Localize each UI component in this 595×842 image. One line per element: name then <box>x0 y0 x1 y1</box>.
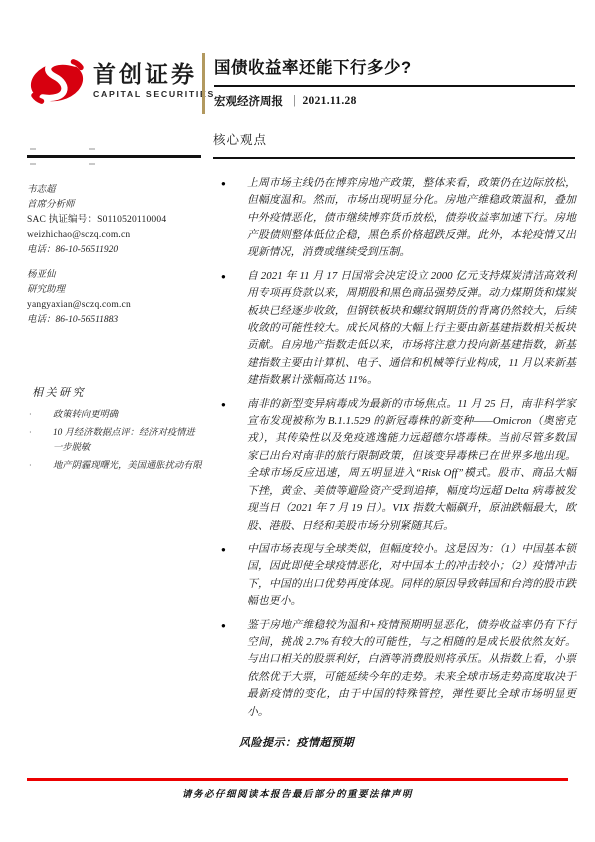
core-views-section: 核心观点 ● 上周市场主线仍在博弈房地产政策，整体来看，政策仍在边际放松，但幅度… <box>213 130 576 750</box>
title-underline <box>214 85 575 87</box>
bullet-text: 中国市场表现与全球类似，但幅度较小。这是因为：（1）中国基本锁国，因此即使全球疫… <box>247 541 576 611</box>
logo-cn-name: 首创证券 <box>93 63 215 86</box>
capital-securities-logo-icon <box>28 55 86 107</box>
page-footer: 请务必仔细阅读本报告最后部分的重要法律声明 <box>27 778 568 800</box>
bullet-item: ● 南非的新型变异病毒成为最新的市场焦点。11 月 25 日，南非科学家宣布发现… <box>213 396 576 535</box>
report-date: 2021.11.28 <box>303 95 357 107</box>
ghost-mark <box>30 148 36 150</box>
report-subtitle: 宏观经济周报 ｜ 2021.11.28 <box>214 93 576 109</box>
subtitle-separator: ｜ <box>289 93 301 109</box>
section-title: 核心观点 <box>213 130 576 148</box>
bullet-icon: ● <box>213 541 247 611</box>
analyst-email: weizhichao@sczq.com.cn <box>27 228 203 243</box>
bullet-text: 鉴于房地产维稳较为温和+疫情预期明显恶化，债券收益率仍有下行空间，挑战 2.7%… <box>247 617 576 721</box>
bullet-icon: ● <box>213 175 247 262</box>
bullet-item: ● 鉴于房地产维稳较为温和+疫情预期明显恶化，债券收益率仍有下行空间，挑战 2.… <box>213 617 576 721</box>
analyst-phone: 电话：86-10-56511920 <box>27 243 203 258</box>
logo-text: 首创证券 CAPITAL SECURITIES <box>93 63 215 99</box>
related-item-text: 政策转向更明确 <box>53 408 203 423</box>
analyst-name: 韦志超 <box>27 183 203 198</box>
report-type: 宏观经济周报 <box>214 93 283 109</box>
sidebar-top-rule <box>27 155 201 158</box>
list-dot-icon: · <box>27 459 53 474</box>
title-divider-bar <box>202 53 205 114</box>
related-research-title: 相关研究 <box>32 384 203 400</box>
analyst-title: 研究助理 <box>27 283 203 298</box>
report-title: 国债收益率还能下行多少? <box>214 54 576 78</box>
bullet-text: 上周市场主线仍在博弈房地产政策，整体来看，政策仍在边际放松，但幅度温和。然而，市… <box>247 175 576 262</box>
analyst-card: 杨亚仙 研究助理 yangyaxian@sczq.com.cn 电话：86-10… <box>27 268 203 328</box>
ghost-mark <box>89 163 95 165</box>
bullet-item: ● 自 2021 年 11 月 17 日国常会决定设立 2000 亿元支持煤炭清… <box>213 268 576 390</box>
bullet-icon: ● <box>213 617 247 721</box>
ghost-mark <box>89 148 95 150</box>
related-research-list: · 政策转向更明确 · 10 月经济数据点评：经济对疫情进一步脱敏 · 地产阴霾… <box>27 408 203 474</box>
bullet-list: ● 上周市场主线仍在博弈房地产政策，整体来看，政策仍在边际放松，但幅度温和。然而… <box>213 175 576 721</box>
related-research-item: · 政策转向更明确 <box>27 408 203 423</box>
analyst-card: 韦志超 首席分析师 SAC 执证编号：S0110520110004 weizhi… <box>27 183 203 258</box>
analyst-title: 首席分析师 <box>27 198 203 213</box>
logo-en-name: CAPITAL SECURITIES <box>93 90 215 99</box>
bullet-icon: ● <box>213 396 247 535</box>
related-research-item: · 10 月经济数据点评：经济对疫情进一步脱敏 <box>27 426 203 455</box>
list-dot-icon: · <box>27 426 53 455</box>
risk-warning: 风险提示：疫情超预期 <box>239 734 576 750</box>
related-item-text: 10 月经济数据点评：经济对疫情进一步脱敏 <box>53 426 203 455</box>
related-research-section: 相关研究 · 政策转向更明确 · 10 月经济数据点评：经济对疫情进一步脱敏 ·… <box>27 384 203 474</box>
related-research-item: · 地产阴霾现曙光，美国通胀扰动有限 <box>27 459 203 474</box>
analyst-cert: SAC 执证编号：S0110520110004 <box>27 213 203 228</box>
sidebar: 韦志超 首席分析师 SAC 执证编号：S0110520110004 weizhi… <box>27 155 203 478</box>
bullet-text: 南非的新型变异病毒成为最新的市场焦点。11 月 25 日，南非科学家宣布发现被称… <box>247 396 576 535</box>
bullet-item: ● 上周市场主线仍在博弈房地产政策，整体来看，政策仍在边际放松，但幅度温和。然而… <box>213 175 576 262</box>
analyst-phone: 电话：86-10-56511883 <box>27 313 203 328</box>
ghost-mark <box>30 163 36 165</box>
list-dot-icon: · <box>27 408 53 423</box>
legal-disclaimer: 请务必仔细阅读本报告最后部分的重要法律声明 <box>27 786 568 800</box>
bullet-icon: ● <box>213 268 247 390</box>
report-header: 国债收益率还能下行多少? 宏观经济周报 ｜ 2021.11.28 <box>214 54 576 109</box>
related-item-text: 地产阴霾现曙光，美国通胀扰动有限 <box>53 459 203 474</box>
company-logo: 首创证券 CAPITAL SECURITIES <box>28 55 215 107</box>
analyst-email: yangyaxian@sczq.com.cn <box>27 298 203 313</box>
footer-red-rule <box>27 778 568 781</box>
bullet-item: ● 中国市场表现与全球类似，但幅度较小。这是因为：（1）中国基本锁国，因此即使全… <box>213 541 576 611</box>
analyst-name: 杨亚仙 <box>27 268 203 283</box>
section-underline <box>213 157 575 159</box>
bullet-text: 自 2021 年 11 月 17 日国常会决定设立 2000 亿元支持煤炭清洁高… <box>247 268 576 390</box>
